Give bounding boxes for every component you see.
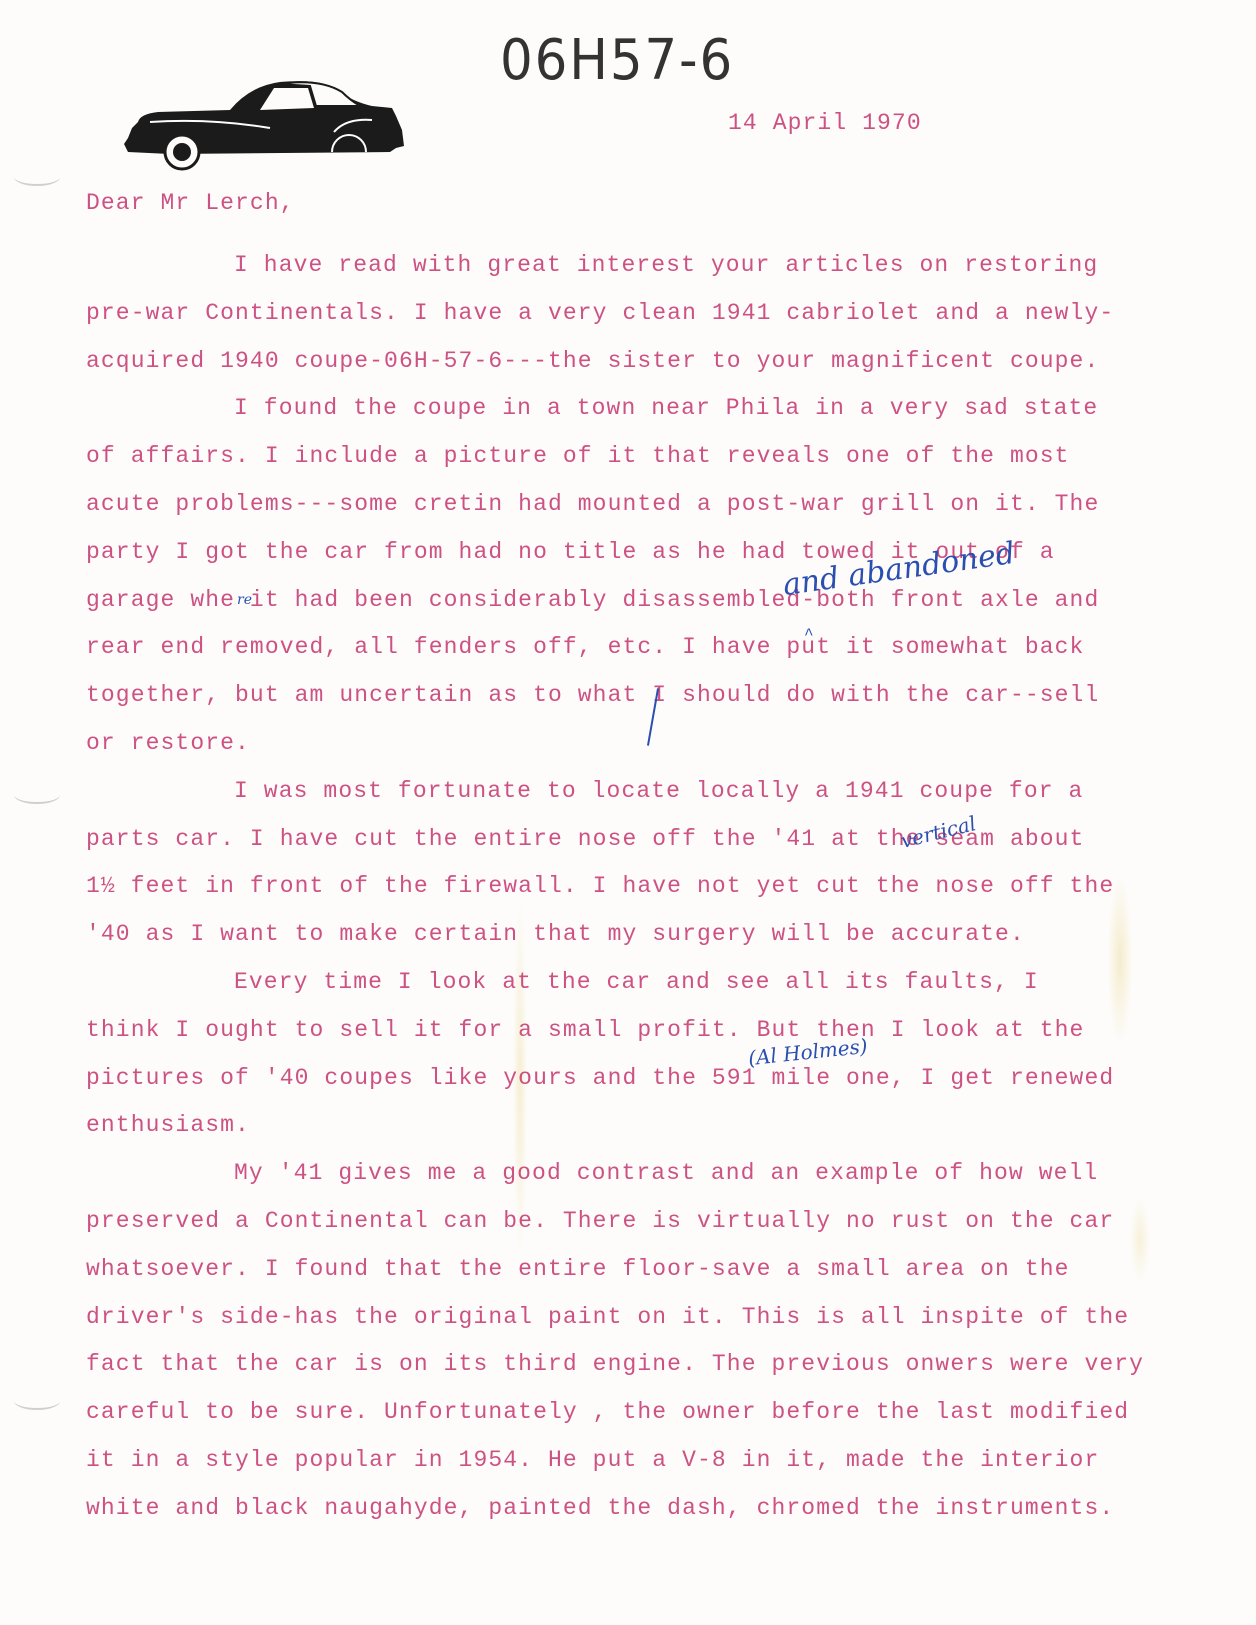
letter-line: careful to be sure. Unfortunately , the …: [86, 1399, 1129, 1425]
punch-hole-mark: [14, 786, 60, 804]
letter-line: preserved a Continental can be. There is…: [86, 1208, 1114, 1234]
handwritten-correction: re: [237, 592, 252, 608]
caret-mark: ^: [804, 626, 814, 644]
file-number-handwritten: 06H57-6: [500, 28, 734, 93]
letter-line: driver's side-has the original paint on …: [86, 1304, 1129, 1330]
vintage-car-icon: [110, 72, 420, 172]
letter-line: I found the coupe in a town near Phila i…: [86, 395, 1098, 421]
letter-line: white and black naugahyde, painted the d…: [86, 1495, 1114, 1521]
letter-line: whatsoever. I found that the entire floo…: [86, 1256, 1070, 1282]
letter-line: '40 as I want to make certain that my su…: [86, 921, 1025, 947]
letter-line: together, but am uncertain as to what I …: [86, 682, 1099, 708]
letter-date: 14 April 1970: [728, 110, 922, 136]
letter-line: it in a style popular in 1954. He put a …: [86, 1447, 1099, 1473]
salutation: Dear Mr Lerch,: [86, 190, 295, 216]
letter-line: Every time I look at the car and see all…: [86, 969, 1039, 995]
letter-line: enthusiasm.: [86, 1112, 250, 1138]
letter-line: pre-war Continentals. I have a very clea…: [86, 300, 1114, 326]
punch-hole-mark: [14, 168, 60, 186]
letter-line: think I ought to sell it for a small pro…: [86, 1017, 1084, 1043]
letter-line: 1½ feet in front of the firewall. I have…: [86, 873, 1114, 899]
letter-line: or restore.: [86, 730, 250, 756]
letter-line: fact that the car is on its third engine…: [86, 1351, 1144, 1377]
letter-line: I was most fortunate to locate locally a…: [86, 778, 1083, 804]
punch-hole-mark: [14, 1392, 60, 1410]
letter-page: [0, 0, 1256, 1625]
letter-line: of affairs. I include a picture of it th…: [86, 443, 1070, 469]
letter-line: acquired 1940 coupe-06H-57-6---the siste…: [86, 348, 1099, 374]
letter-line: I have read with great interest your art…: [86, 252, 1098, 278]
letter-line: My '41 gives me a good contrast and an e…: [86, 1160, 1098, 1186]
letter-line: acute problems---some cretin had mounted…: [86, 491, 1099, 517]
letter-line: rear end removed, all fenders off, etc. …: [86, 634, 1084, 660]
letter-line: pictures of '40 coupes like yours and th…: [86, 1065, 1114, 1091]
